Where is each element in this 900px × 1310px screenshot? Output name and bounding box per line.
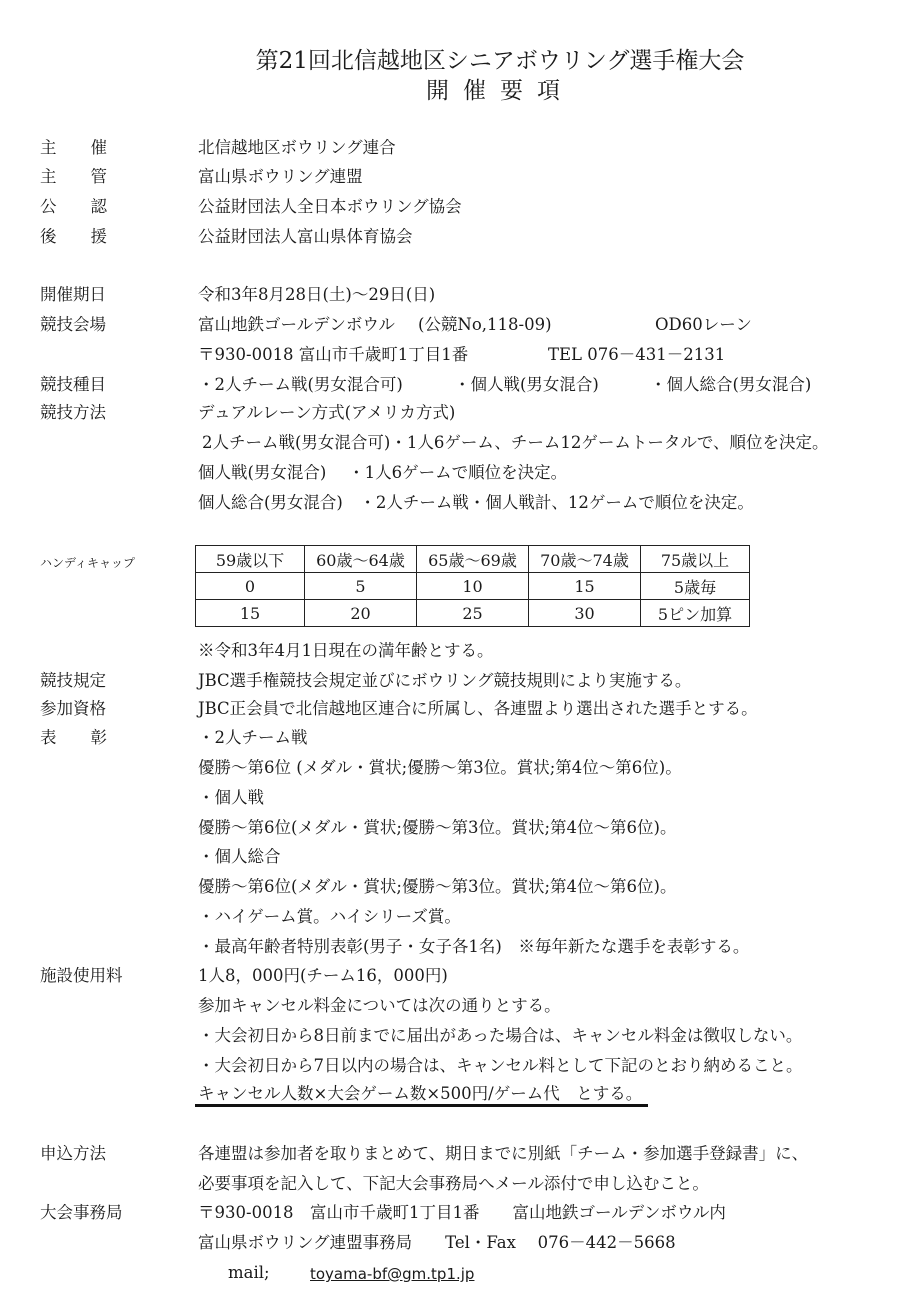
venue-lanes: OD60レーン [655, 314, 752, 336]
handicap-table: 59歳以下 60歳～64歳 65歳～69歳 70歳～74歳 75歳以上 0 5 … [195, 545, 750, 627]
handicap-cell: 30 [529, 600, 641, 627]
office-address: 〒930-0018 富山市千歳町1丁目1番 富山地鉄ゴールデンボウル内 [198, 1202, 726, 1224]
fee-line: ・大会初日から8日前までに届出があった場合は、キャンセル料金は徴収しない。 [198, 1025, 802, 1047]
application-label: 申込方法 [40, 1143, 106, 1165]
awards-line: ・個人総合 [198, 846, 281, 868]
fee-line: 参加キャンセル料金については次の通りとする。 [198, 995, 561, 1017]
date-value: 令和3年8月28日(土)～29日(日) [198, 284, 435, 306]
handicap-cell: 20 [305, 600, 417, 627]
organizer-label-host: 主催 [40, 137, 141, 159]
handicap-cell: 25 [417, 600, 529, 627]
handicap-header-cell: 60歳～64歳 [305, 546, 417, 573]
fee-line: キャンセル人数×大会ゲーム数×500円/ゲーム代 とする。 [198, 1083, 642, 1105]
awards-line: ・2人チーム戦 [198, 727, 308, 749]
application-line: 必要事項を記入して、下記大会事務局へメール添付で申し込むこと。 [198, 1173, 709, 1195]
organizer-support: 公益財団法人富山県体育協会 [198, 226, 413, 248]
handicap-cell: 5ピン加算 [641, 600, 750, 627]
handicap-row: 0 5 10 15 5歳毎 [196, 573, 750, 600]
handicap-cell: 5歳毎 [641, 573, 750, 600]
handicap-cell: 0 [196, 573, 305, 600]
document-subtitle: 開催要項 [0, 72, 900, 105]
handicap-note: ※令和3年4月1日現在の満年齢とする。 [198, 640, 494, 662]
event-item: ・個人戦(男女混合) [454, 374, 599, 396]
date-label: 開催期日 [40, 284, 106, 306]
handicap-cell: 15 [196, 600, 305, 627]
method-line: 個人総合(男女混合) ・2人チーム戦・個人戦計、12ゲームで順位を決定。 [198, 492, 754, 514]
office-email-link[interactable]: toyama-bf@gm.tp1.jp [310, 1263, 474, 1285]
handicap-header-row: 59歳以下 60歳～64歳 65歳～69歳 70歳～74歳 75歳以上 [196, 546, 750, 573]
method-label: 競技方法 [40, 402, 106, 424]
organizer-label-support: 後援 [40, 226, 141, 248]
organizer-label-official: 公認 [40, 196, 141, 218]
handicap-row: 15 20 25 30 5ピン加算 [196, 600, 750, 627]
awards-line: ・ハイゲーム賞。ハイシリーズ賞。 [198, 906, 461, 928]
awards-line: 優勝～第6位 (メダル・賞状;優勝～第3位。賞状;第4位～第6位)。 [198, 757, 682, 779]
event-item: ・2人チーム戦(男女混合可) [198, 374, 403, 396]
handicap-header-cell: 75歳以上 [641, 546, 750, 573]
venue-label: 競技会場 [40, 314, 106, 336]
events-label: 競技種目 [40, 374, 106, 396]
method-line: 個人戦(男女混合) ・1人6ゲームで順位を決定。 [198, 462, 567, 484]
method-line: 2人チーム戦(男女混合可)・1人6ゲーム、チーム12ゲームトータルで、順位を決定… [202, 432, 829, 454]
handicap-cell: 15 [529, 573, 641, 600]
awards-line: 優勝～第6位(メダル・賞状;優勝～第3位。賞状;第4位～第6位)。 [198, 876, 676, 898]
handicap-header-cell: 65歳～69歳 [417, 546, 529, 573]
fee-underline [195, 1104, 648, 1107]
awards-label: 表彰 [40, 727, 141, 749]
venue-address: 〒930-0018 富山市千歳町1丁目1番 [198, 344, 468, 366]
eligibility-value: JBC正会員で北信越地区連合に所属し、各連盟より選出された選手とする。 [198, 698, 758, 720]
handicap-label: ハンディキャップ [40, 552, 135, 574]
fee-label: 施設使用料 [40, 965, 123, 987]
document-title: 第21回北信越地区シニアボウリング選手権大会 [0, 42, 900, 75]
handicap-header-cell: 59歳以下 [196, 546, 305, 573]
application-line: 各連盟は参加者を取りまとめて、期日までに別紙「チーム・参加選手登録書」に、 [198, 1143, 808, 1165]
eligibility-label: 参加資格 [40, 698, 106, 720]
handicap-cell: 10 [417, 573, 529, 600]
office-name-tel: 富山県ボウリング連盟事務局 Tel・Fax 076－442－5668 [198, 1232, 676, 1254]
venue-name: 富山地鉄ゴールデンボウル [198, 314, 395, 336]
handicap-header-cell: 70歳～74歳 [529, 546, 641, 573]
rules-value: JBC選手権競技会規定並びにボウリング競技規則により実施する。 [198, 670, 691, 692]
handicap-cell: 5 [305, 573, 417, 600]
fee-line: 1人8，000円(チーム16，000円) [198, 965, 448, 987]
awards-line: ・個人戦 [198, 787, 264, 809]
organizer-host: 北信越地区ボウリング連合 [198, 137, 396, 159]
venue-tel: TEL 076－431－2131 [548, 344, 725, 366]
office-mail-label: mail; [228, 1262, 270, 1284]
method-line: デュアルレーン方式(アメリカ方式) [198, 402, 455, 424]
event-item: ・個人総合(男女混合) [650, 374, 811, 396]
rules-label: 競技規定 [40, 670, 106, 692]
awards-line: 優勝～第6位(メダル・賞状;優勝～第3位。賞状;第4位～第6位)。 [198, 817, 676, 839]
office-label: 大会事務局 [40, 1202, 123, 1224]
organizer-label-manager: 主管 [40, 166, 141, 188]
organizer-official: 公益財団法人全日本ボウリング協会 [198, 196, 462, 218]
fee-line: ・大会初日から7日以内の場合は、キャンセル料として下記のとおり納めること。 [198, 1055, 803, 1077]
venue-certification: (公競No,118-09) [418, 314, 552, 336]
organizer-manager: 富山県ボウリング連盟 [198, 166, 363, 188]
awards-line: ・最高年齢者特別表彰(男子・女子各1名) ※毎年新たな選手を表彰する。 [198, 936, 749, 958]
